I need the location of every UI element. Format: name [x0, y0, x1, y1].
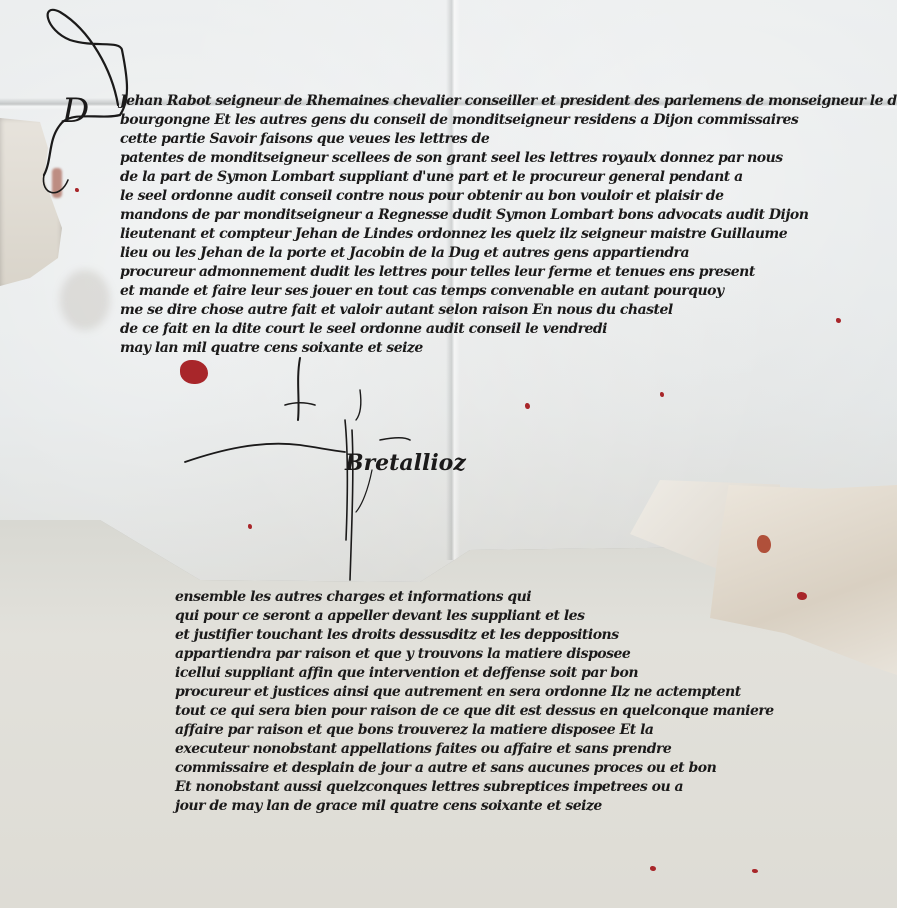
wax-drop: [525, 403, 530, 409]
wax-drop: [650, 866, 656, 871]
text-line: appartiendra par raison et que y trouvon…: [175, 645, 774, 664]
wax-drop: [797, 592, 807, 600]
signature-paraph: [185, 444, 345, 462]
lower-text-block: ensemble les autres charges et informati…: [175, 588, 774, 816]
text-line: commissaire et desplain de jour a autre …: [175, 759, 774, 778]
signature-name: Bretallioz: [344, 450, 466, 476]
text-line: ensemble les autres charges et informati…: [175, 588, 774, 607]
text-line: affaire par raison et que bons trouverez…: [175, 721, 774, 740]
decorated-initial: D: [61, 91, 89, 131]
wax-drop: [752, 869, 758, 873]
wax-seal-fragment: [180, 360, 208, 384]
text-line: qui pour ce seront a appeller devant les…: [175, 607, 774, 626]
text-line: icellui suppliant affin que intervention…: [175, 664, 774, 683]
wax-residue: [757, 535, 771, 553]
wax-drop: [660, 392, 664, 397]
text-line: tout ce qui sera bien pour raison de ce …: [175, 702, 774, 721]
text-line: procureur et justices ainsi que autremen…: [175, 683, 774, 702]
text-line: executeur nonobstant appellations faites…: [175, 740, 774, 759]
text-line: et justifier touchant les droits dessusd…: [175, 626, 774, 645]
wax-drop: [75, 188, 79, 192]
text-line: jour de may lan de grace mil quatre cens…: [175, 797, 774, 816]
text-line: Et nonobstant aussi quelzconques lettres…: [175, 778, 774, 797]
wax-drop: [248, 524, 252, 529]
wax-drop: [836, 318, 841, 323]
